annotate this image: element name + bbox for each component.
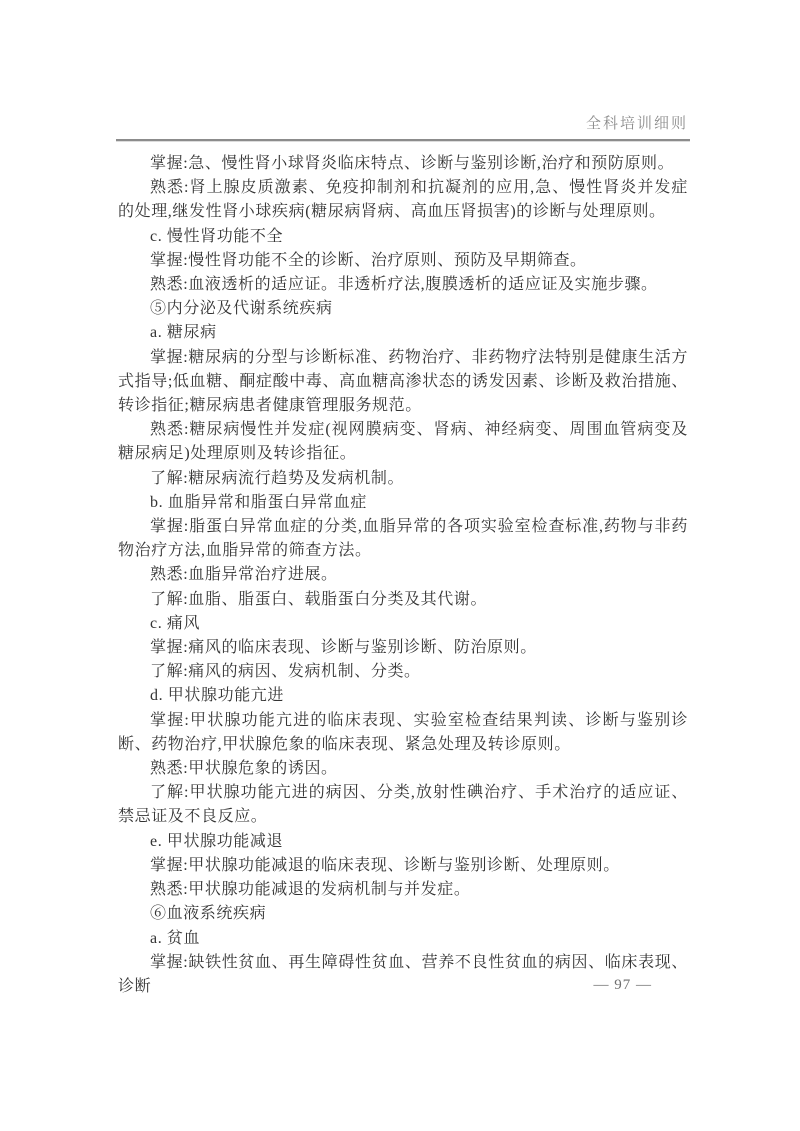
- body-paragraph: 掌握:甲状腺功能亢进的临床表现、实验室检查结果判读、诊断与鉴别诊断、药物治疗,甲…: [118, 709, 688, 757]
- body-paragraph: 掌握:糖尿病的分型与诊断标准、药物治疗、非药物疗法特别是健康生活方式指导;低血糖…: [118, 346, 688, 419]
- body-paragraph: a. 糖尿病: [118, 321, 688, 345]
- body-paragraph: 了解:糖尿病流行趋势及发病机制。: [118, 467, 688, 491]
- body-paragraph: 了解:痛风的病因、发病机制、分类。: [118, 660, 688, 684]
- body-paragraph: 熟悉:糖尿病慢性并发症(视网膜病变、肾病、神经病变、周围血管病变及糖尿病足)处理…: [118, 418, 688, 466]
- body-paragraph: 熟悉:肾上腺皮质激素、免疫抑制剂和抗凝剂的应用,急、慢性肾炎并发症的处理,继发性…: [118, 176, 688, 224]
- body-paragraph: 掌握:痛风的临床表现、诊断与鉴别诊断、防治原则。: [118, 636, 688, 660]
- header-rule: [116, 139, 690, 141]
- body-paragraph: d. 甲状腺功能亢进: [118, 684, 688, 708]
- body-paragraph: 熟悉:甲状腺功能减退的发病机制与并发症。: [118, 878, 688, 902]
- body-paragraph: e. 甲状腺功能减退: [118, 830, 688, 854]
- body-paragraph: ⑥血液系统疾病: [118, 902, 688, 926]
- body-paragraph: 熟悉:血脂异常治疗进展。: [118, 563, 688, 587]
- body-paragraph: c. 慢性肾功能不全: [118, 225, 688, 249]
- document-body: 掌握:急、慢性肾小球肾炎临床特点、诊断与鉴别诊断,治疗和预防原则。熟悉:肾上腺皮…: [118, 152, 688, 999]
- body-paragraph: 了解:血脂、脂蛋白、载脂蛋白分类及其代谢。: [118, 588, 688, 612]
- body-paragraph: 熟悉:血液透析的适应证。非透析疗法,腹膜透析的适应证及实施步骤。: [118, 273, 688, 297]
- body-paragraph: 掌握:急、慢性肾小球肾炎临床特点、诊断与鉴别诊断,治疗和预防原则。: [118, 152, 688, 176]
- body-paragraph: ⑤内分泌及代谢系统疾病: [118, 297, 688, 321]
- body-paragraph: 掌握:慢性肾功能不全的诊断、治疗原则、预防及早期筛查。: [118, 249, 688, 273]
- document-page: 全科培训细则 掌握:急、慢性肾小球肾炎临床特点、诊断与鉴别诊断,治疗和预防原则。…: [0, 0, 800, 1131]
- body-paragraph: c. 痛风: [118, 612, 688, 636]
- body-paragraph: b. 血脂异常和脂蛋白异常血症: [118, 491, 688, 515]
- body-paragraph: 了解:甲状腺功能亢进的病因、分类,放射性碘治疗、手术治疗的适应证、禁忌证及不良反…: [118, 781, 688, 829]
- page-header: 全科培训细则: [118, 112, 688, 133]
- body-paragraph: 熟悉:甲状腺危象的诱因。: [118, 757, 688, 781]
- page-footer: — 97 —: [118, 977, 652, 994]
- body-paragraph: a. 贫血: [118, 927, 688, 951]
- running-head-title: 全科培训细则: [586, 116, 688, 132]
- page-number: — 97 —: [594, 977, 653, 993]
- body-paragraph: 掌握:甲状腺功能减退的临床表现、诊断与鉴别诊断、处理原则。: [118, 854, 688, 878]
- body-paragraph: 掌握:脂蛋白异常血症的分类,血脂异常的各项实验室检查标准,药物与非药物治疗方法,…: [118, 515, 688, 563]
